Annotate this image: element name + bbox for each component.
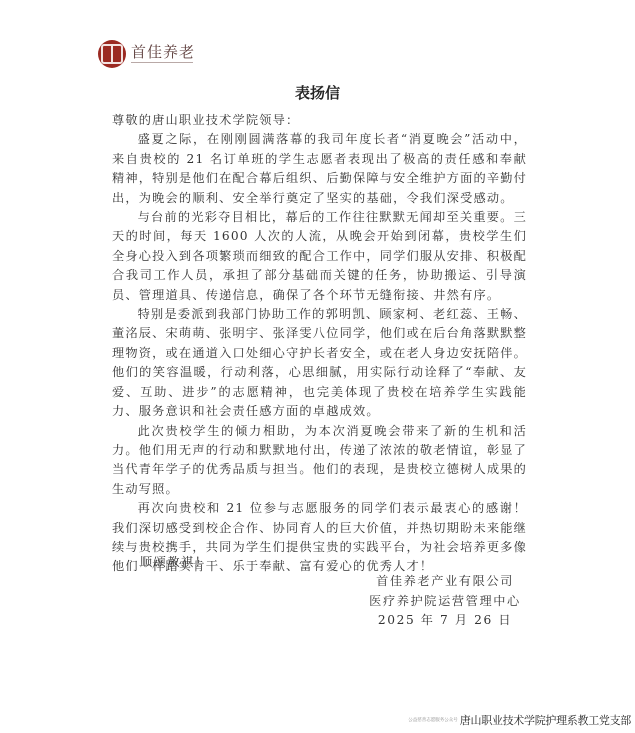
signature-department: 医疗养护院运营管理中心 <box>360 592 530 612</box>
logo-text: 首佳养老 <box>131 44 195 60</box>
signature-block: 首佳养老产业有限公司 医疗养护院运营管理中心 2025 年 7 月 26 日 <box>360 572 530 631</box>
closing-greeting: 顺颂教祺！ <box>140 553 208 570</box>
letter-body: 尊敬的唐山职业技术学院领导： 盛夏之际，在刚刚圆满落幕的我司年度长者“消夏晚会”… <box>112 111 527 577</box>
footer-watermark-text: 唐山职业技术学院护理系教工党支部 <box>460 712 631 728</box>
letter-title: 表扬信 <box>0 82 635 103</box>
paragraph: 与台前的光彩夺目相比，幕后的工作往往默默无闻却至关重要。三天的时间，每天 160… <box>112 208 527 305</box>
salutation: 尊敬的唐山职业技术学院领导： <box>112 111 527 130</box>
footer-watermark: 公益慈善志愿服务公众号 唐山职业技术学院护理系教工党支部 <box>408 712 631 728</box>
paragraph: 特别是委派到我部门协助工作的郭明凯、顾家柯、老红蕊、王畅、董洺辰、宋萌萌、张明宇… <box>112 305 527 421</box>
signature-company: 首佳养老产业有限公司 <box>360 572 530 592</box>
paragraph: 盛夏之际，在刚刚圆满落幕的我司年度长者“消夏晚会”活动中，来自贵校的 21 名订… <box>112 130 527 208</box>
company-logo: 首佳养老 <box>98 40 195 68</box>
paragraph: 此次贵校学生的倾力相助，为本次消夏晚会带来了新的生机和活力。他们用无声的行动和默… <box>112 422 527 500</box>
signature-date: 2025 年 7 月 26 日 <box>360 611 530 631</box>
logo-underline <box>131 62 193 65</box>
company-seal-icon <box>98 40 126 68</box>
footer-small-text: 公益慈善志愿服务公众号 <box>408 717 458 723</box>
